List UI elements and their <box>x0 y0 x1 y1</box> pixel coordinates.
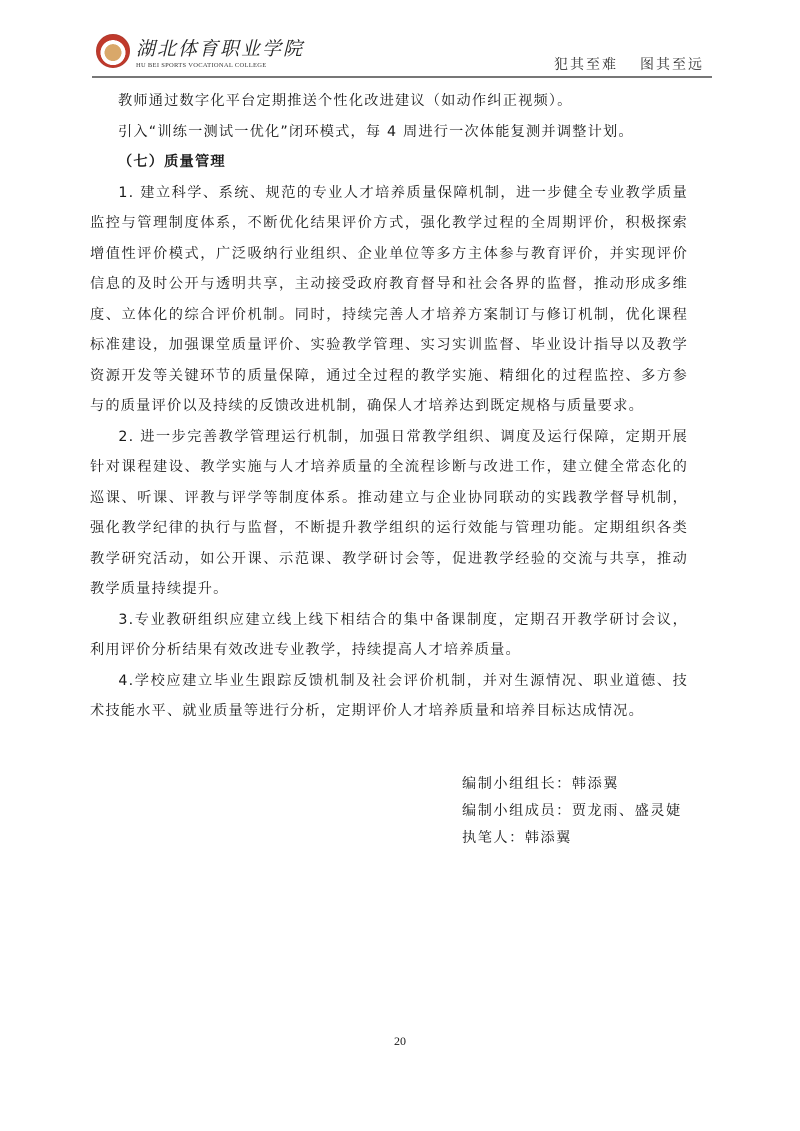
paragraph-4: 4.学校应建立毕业生跟踪反馈机制及社会评价机制，并对生源情况、职业道德、技术技能… <box>90 666 688 727</box>
section-heading: （七）质量管理 <box>118 147 688 178</box>
group-members: 编制小组成员：贾龙雨、盛灵婕 <box>462 798 682 825</box>
body-line: 教师通过数字化平台定期推送个性化改进建议（如动作纠正视频）。 <box>118 86 688 117</box>
signoff-block: 编制小组组长：韩添翼 编制小组成员：贾龙雨、盛灵婕 执笔人：韩添翼 <box>462 771 682 852</box>
page-number: 20 <box>0 1034 800 1049</box>
college-emblem-icon <box>96 34 130 68</box>
paragraph-2: 2. 进一步完善教学管理运行机制，加强日常教学组织、调度及运行保障，定期开展针对… <box>90 422 688 605</box>
group-leader: 编制小组组长：韩添翼 <box>462 771 682 798</box>
motto-part-2: 图其至远 <box>640 57 704 73</box>
body-line: 引入“训练一测试一优化”闭环模式，每 4 周进行一次体能复测并调整计划。 <box>118 117 688 148</box>
header-divider <box>92 76 712 78</box>
paragraph-3: 3.专业教研组织应建立线上线下相结合的集中备课制度，定期召开教学研讨会议，利用评… <box>90 605 688 666</box>
document-body: 教师通过数字化平台定期推送个性化改进建议（如动作纠正视频）。 引入“训练一测试一… <box>118 86 688 727</box>
motto: 犯其至难图其至远 <box>554 54 704 74</box>
paragraph-1: 1. 建立科学、系统、规范的专业人才培养质量保障机制，进一步健全专业教学质量监控… <box>90 178 688 422</box>
writer: 执笔人：韩添翼 <box>462 825 682 852</box>
page-header: 湖北体育职业学院 HU BEI SPORTS VOCATIONAL COLLEG… <box>92 28 712 78</box>
institution-name-en: HU BEI SPORTS VOCATIONAL COLLEGE <box>136 62 267 69</box>
institution-name-cn: 湖北体育职业学院 <box>136 34 304 61</box>
motto-part-1: 犯其至难 <box>554 57 618 73</box>
